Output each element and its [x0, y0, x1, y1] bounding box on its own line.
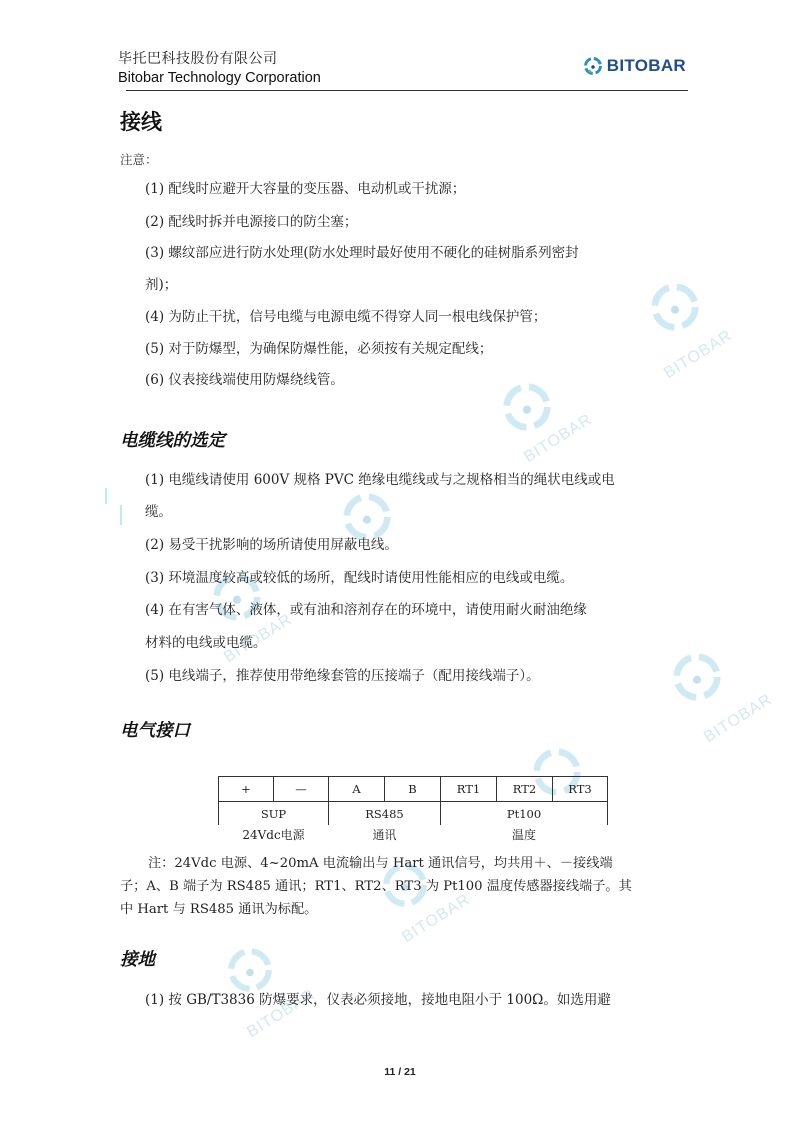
description-cell: 通讯 — [329, 825, 441, 843]
interface-note-line: 中 Hart 与 RS485 通讯为标配。 — [120, 898, 317, 917]
interface-note-line: 子；A、B 端子为 RS485 通讯；RT1、RT2、RT3 为 Pt100 温… — [120, 875, 632, 894]
list-item: (4) 为防止干扰，信号电缆与电源电缆不得穿人同一根电线保护管； — [145, 305, 546, 325]
terminal-cell: RT1 — [441, 777, 497, 802]
list-item: (2) 配线时拆并电源接口的防尘塞； — [145, 210, 357, 230]
company-name-en: Bitobar Technology Corporation — [118, 70, 321, 86]
description-cell: 温度 — [441, 825, 608, 843]
section-title-wiring: 接线 — [120, 106, 162, 136]
section-title-cable-selection: 电缆线的选定 — [120, 427, 225, 452]
list-item-continuation: 材料的电线或电缆。 — [145, 631, 267, 651]
watermark: BITOBAR — [670, 650, 780, 760]
list-item-continuation: 剂)； — [145, 273, 177, 293]
terminal-cell: RT2 — [497, 777, 553, 802]
watermark: BITOBAR — [640, 280, 750, 390]
group-cell: RS485 — [329, 802, 441, 826]
group-cell: SUP — [219, 802, 329, 826]
description-cell: 24Vdc电源 — [219, 825, 329, 843]
note-label: 注意： — [120, 150, 158, 168]
terminal-cell: + — [219, 777, 274, 802]
watermark-logo-icon — [500, 380, 554, 434]
list-item: (5) 对于防爆型，为确保防爆性能，必须按有关规定配线； — [145, 337, 492, 357]
list-item: (1) 按 GB/T3836 防爆要求，仪表必须接地，接地电阻小于 100Ω。如… — [145, 988, 611, 1008]
header-divider — [126, 90, 688, 91]
terminal-table: + — A B RT1 RT2 RT3 SUP RS485 Pt100 24Vd… — [218, 776, 608, 843]
section-title-grounding: 接地 — [120, 946, 155, 971]
terminal-cell: B — [385, 777, 441, 802]
description-row: 24Vdc电源 通讯 温度 — [219, 825, 608, 843]
terminal-cell: — — [274, 777, 329, 802]
page-number: 11 / 21 — [0, 1066, 800, 1078]
list-item: (5) 电线端子，推荐使用带绝缘套管的压接端子（配用接线端子）。 — [145, 664, 540, 684]
group-cell: Pt100 — [441, 802, 608, 826]
scan-artifact — [120, 505, 122, 525]
terminal-cell: A — [329, 777, 385, 802]
list-item: (2) 易受干扰影响的场所请使用屏蔽电线。 — [145, 533, 398, 553]
section-title-electrical-interface: 电气接口 — [120, 717, 190, 742]
group-row: SUP RS485 Pt100 — [219, 802, 608, 826]
list-item: (3) 螺纹部应进行防水处理(防水处理时最好使用不硬化的硅树脂系列密封 — [145, 241, 579, 261]
bitobar-logo-icon — [583, 56, 603, 76]
logo-text: BITOBAR — [607, 56, 686, 76]
page-header: 毕托巴科技股份有限公司 Bitobar Technology Corporati… — [118, 46, 688, 92]
list-item: (6) 仪表接线端使用防爆绕线管。 — [145, 368, 344, 388]
list-item-continuation: 缆。 — [145, 500, 172, 520]
list-item: (1) 电缆线请使用 600V 规格 PVC 绝缘电缆线或与之规格相当的绳状电线… — [145, 468, 615, 488]
company-name-cn: 毕托巴科技股份有限公司 — [118, 48, 278, 68]
list-item: (1) 配线时应避开大容量的变压器、电动机或干扰源； — [145, 177, 465, 197]
terminal-cell: RT3 — [553, 777, 608, 802]
list-item: (4) 在有害气体、液体，或有油和溶剂存在的环境中，请使用耐火耐油绝缘 — [145, 598, 587, 618]
scan-artifact — [105, 488, 107, 504]
terminal-row: + — A B RT1 RT2 RT3 — [219, 777, 608, 802]
watermark-logo-icon — [648, 280, 702, 334]
watermark-logo-icon — [670, 650, 724, 704]
interface-note-line: 注：24Vdc 电源、4~20mA 电流输出与 Hart 通讯信号，均共用＋、－… — [148, 852, 613, 871]
company-logo: BITOBAR — [583, 56, 686, 76]
list-item: (3) 环境温度较高或较低的场所，配线时请使用性能相应的电线或电缆。 — [145, 566, 573, 586]
